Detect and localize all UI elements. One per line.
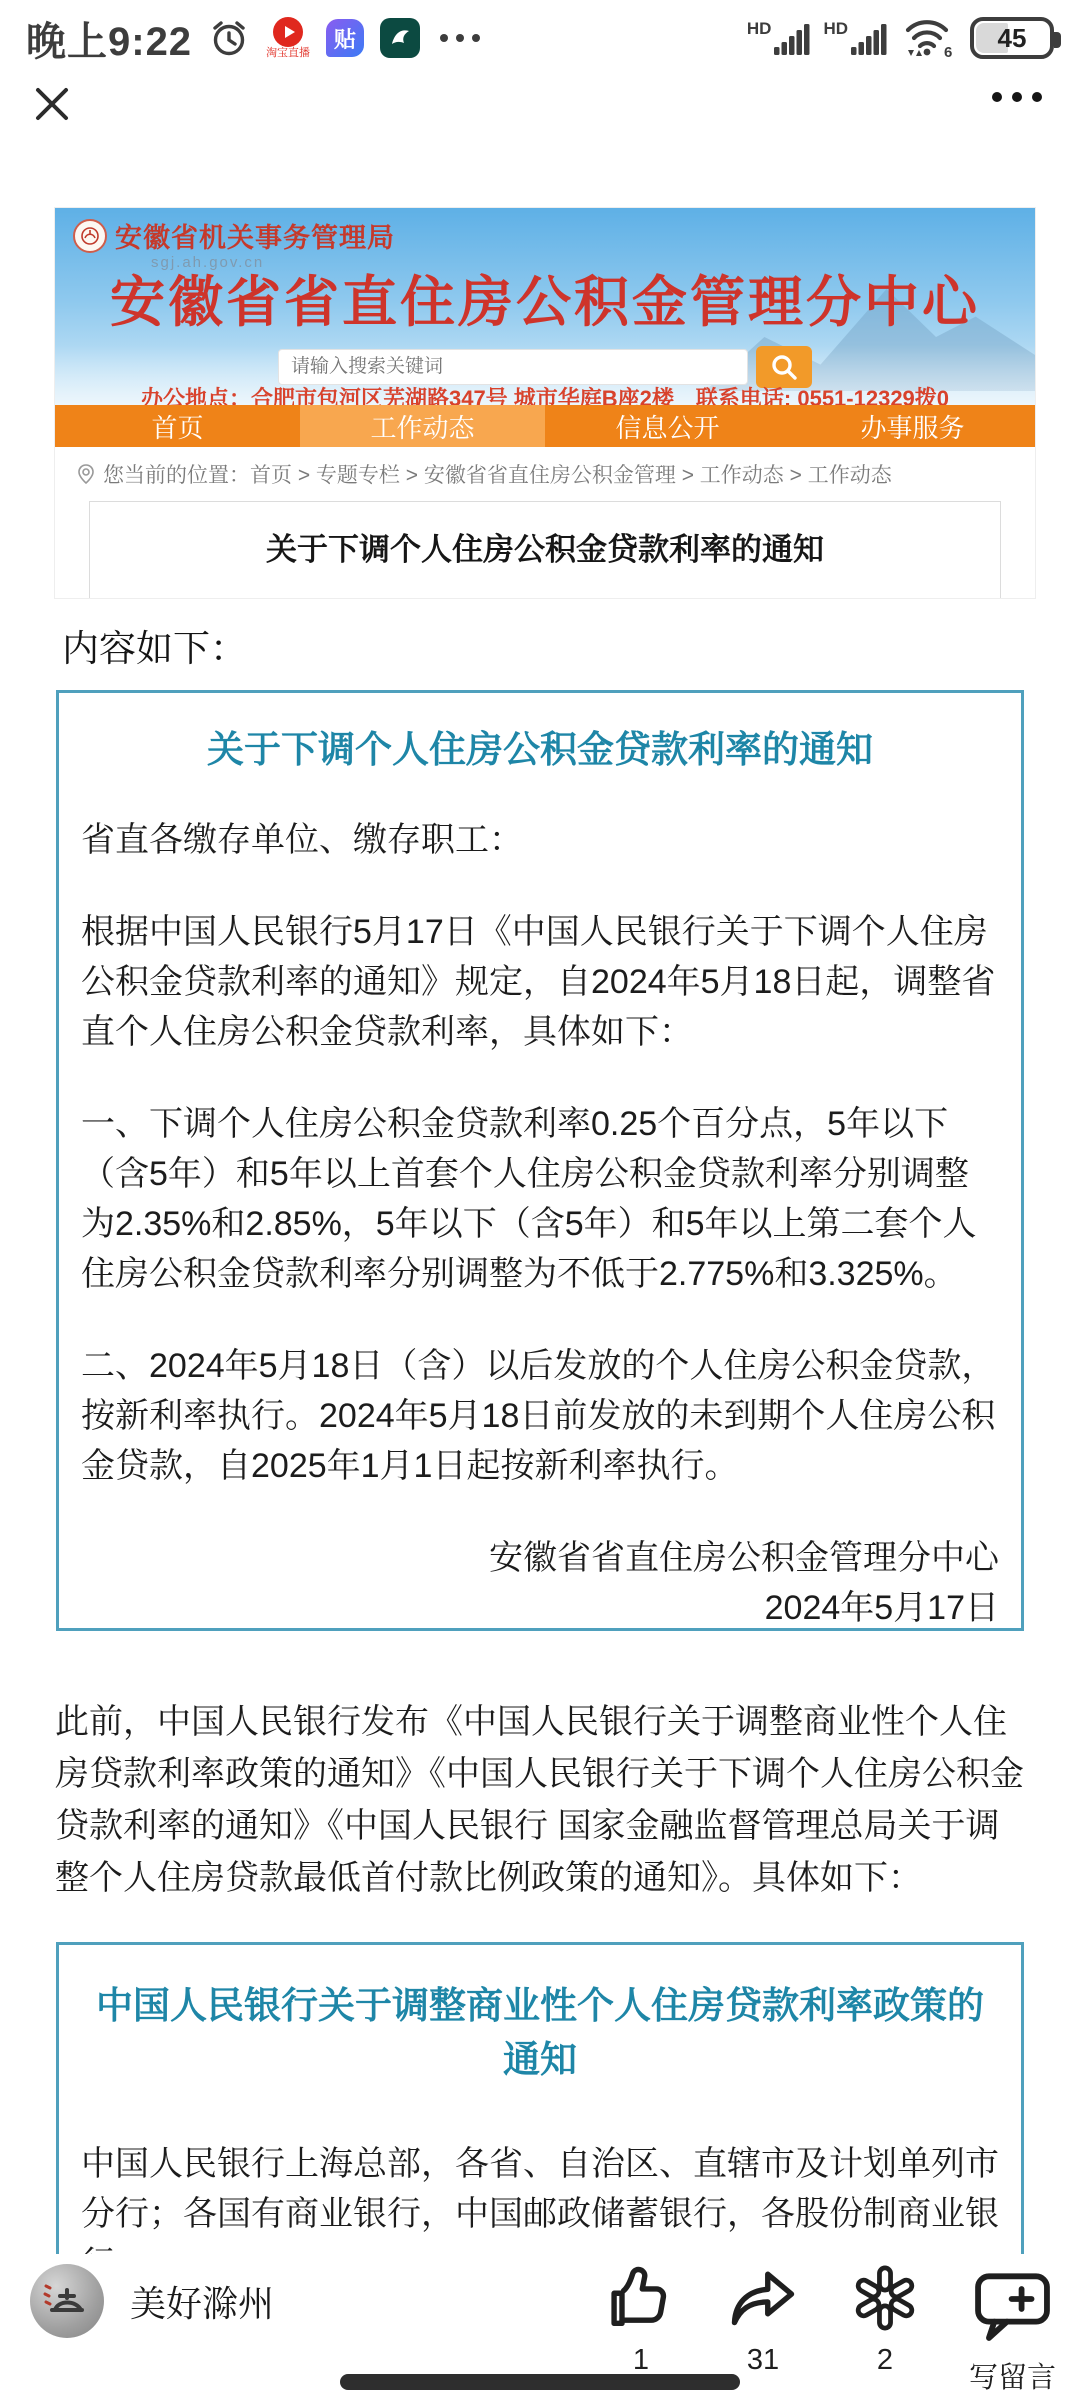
site-logo: 安徽省机关事务管理局 [73,216,395,255]
clock: 晚上9:22 [26,10,192,67]
battery-percent: 45 [998,23,1027,54]
gov-emblem-icon [73,219,107,253]
notice1-signature: 安徽省省直住房公积金管理分中心 [81,1533,999,1583]
comment-button[interactable]: 写留言 [969,2260,1056,2396]
site-content: 您当前的位置：首页 > 专题专栏 > 安徽省省直住房公积金管理 > 工作动态 >… [55,447,1035,598]
share-arrow-icon [725,2260,801,2336]
notice1-paragraph: 省直各缴存单位、缴存职工： [81,815,999,865]
signal-sim2-icon: HD [823,19,888,57]
share-count: 31 [747,2344,779,2377]
breadcrumb-text: 您当前的位置：首页 > 专题专栏 > 安徽省省直住房公积金管理 > 工作动态 >… [103,459,892,489]
site-banner: 安徽省机关事务管理局 sgj.ah.gov.cn 安徽省省直住房公积金管理分中心… [55,208,1035,405]
wow-count: 2 [877,2344,893,2377]
status-bar: 晚上9:22 淘宝直播 贴 HD [0,0,1080,66]
site-title: 安徽省省直住房公积金管理分中心 [55,258,1035,337]
hd-label-2: HD [823,19,848,39]
taobao-live-label: 淘宝直播 [266,48,310,59]
page-article-title: 关于下调个人住房公积金贷款利率的通知 [90,524,1000,569]
nav-tab-info-disclosure: 信息公开 [545,405,790,447]
nav-tab-services: 办事服务 [790,405,1035,447]
office-address-line: 办公地点：合肥市包河区芜湖路347号 城市华庭B座2楼 联系电话: 0551-1… [55,382,1035,405]
article-card: 关于下调个人住房公积金贷款利率的通知 发布日期：2024-05-17 17:22… [89,501,1001,598]
fontsize-label: 字号： [819,595,879,598]
comment-label: 写留言 [969,2355,1056,2396]
more-menu-button[interactable] [992,92,1042,102]
account-avatar[interactable] [30,2264,104,2338]
site-logo-text: 安徽省机关事务管理局 [115,216,395,255]
wifi-icon: 6 [900,14,954,63]
publish-date: 发布日期：2024-05-17 17:22 [115,595,373,598]
hd-label-1: HD [747,19,772,39]
site-search-input [278,349,748,385]
breadcrumb: 您当前的位置：首页 > 专题专栏 > 安徽省省直住房公积金管理 > 工作动态 >… [77,459,1035,489]
fontsize-large: 大 [891,595,911,598]
source: 来源：省直公积金管理分中心 [399,595,659,598]
close-button[interactable] [28,80,76,128]
nav-tab-work-news: 工作动态 [300,405,545,447]
notice1-paragraph: 根据中国人民银行5月17日《中国人民银行关于下调个人住房公积金贷款利率的通知》规… [81,907,999,1057]
notice1-date: 2024年5月17日 [81,1583,999,1631]
screen: 晚上9:22 淘宝直播 贴 HD [0,0,1080,2400]
app-header [0,76,1080,136]
notice1-paragraph: 二、2024年5月18日（含）以后发放的个人住房公积金贷款，按新利率执行。202… [81,1341,999,1491]
notice-box-1: 关于下调个人住房公积金贷款利率的通知 省直各缴存单位、缴存职工： 根据中国人民银… [56,690,1024,1631]
fontsize-small: 小 [955,595,975,598]
thumbs-up-icon [603,2260,679,2336]
signal-sim1-icon: HD [747,19,812,57]
wow-button[interactable]: 2 [847,2260,923,2396]
like-count: 1 [633,2344,649,2377]
wifi-gen-label: 6 [944,44,952,58]
intro-line: 内容如下： [62,618,247,672]
fontsize-medium: 中 [923,595,943,598]
home-indicator[interactable] [340,2374,740,2390]
nav-tab-home: 首页 [55,405,300,447]
tie-badge-icon: 贴 [326,19,364,57]
context-paragraph: 此前，中国人民银行发布《中国人民银行关于调整商业性个人住房贷款利率政策的通知》《… [55,1696,1027,1904]
view-count: 阅读：45 次 [685,595,793,598]
more-notifications-icon [440,34,480,42]
green-app-icon [380,18,420,58]
comment-bubble-icon [969,2260,1056,2347]
article-meta: 发布日期：2024-05-17 17:22 来源：省直公积金管理分中心 阅读：4… [90,595,1000,598]
account-row[interactable]: 美好滁州 [30,2264,274,2338]
site-nav: 首页 工作动态 信息公开 办事服务 [55,405,1035,447]
taobao-live-icon: 淘宝直播 [266,17,310,59]
wow-flower-icon [847,2260,923,2336]
notice1-title: 关于下调个人住房公积金贷款利率的通知 [81,719,999,773]
location-pin-icon [77,464,95,484]
account-name[interactable]: 美好滁州 [130,2276,274,2327]
embedded-webpage-screenshot[interactable]: 安徽省机关事务管理局 sgj.ah.gov.cn 安徽省省直住房公积金管理分中心… [55,208,1035,598]
alarm-icon [208,17,250,59]
battery-icon: 45 [970,17,1054,59]
notice1-paragraph: 一、下调个人住房公积金贷款利率0.25个百分点，5年以下（含5年）和5年以上首套… [81,1099,999,1299]
notice2-title: 中国人民银行关于调整商业性个人住房贷款利率政策的通知 [81,1975,999,2083]
